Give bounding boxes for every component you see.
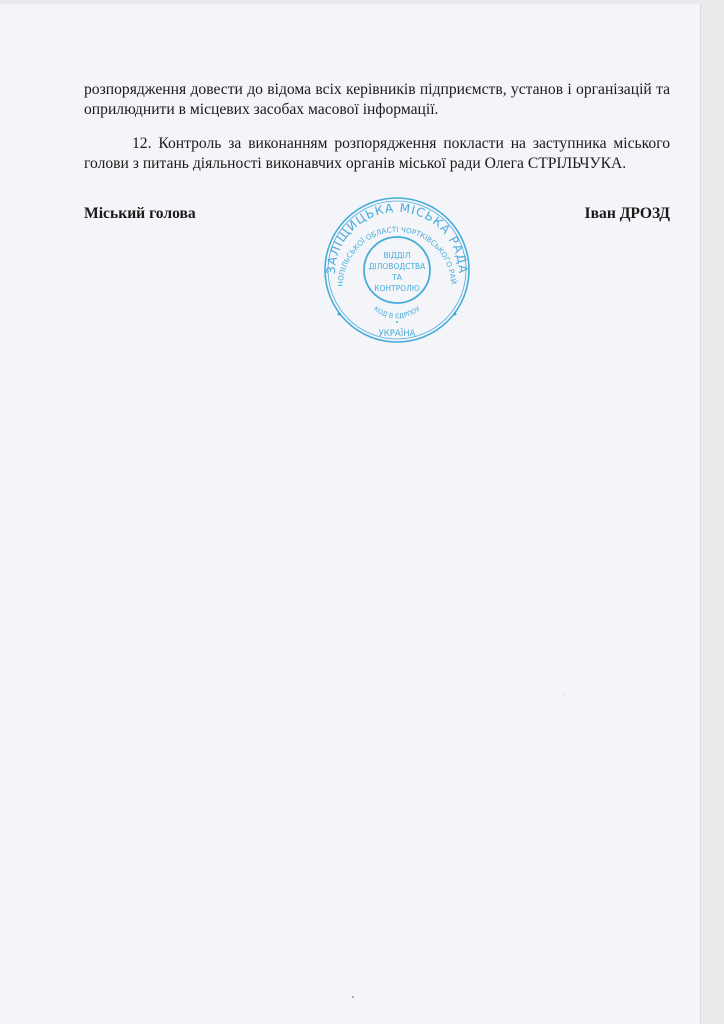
svg-text:КОД В ЄДРПОУ: КОД В ЄДРПОУ: [372, 305, 422, 320]
signatory-name: Іван ДРОЗД: [585, 205, 670, 223]
signatory-position: Міський голова: [84, 205, 196, 223]
stamp-bottom-text: УКРАЇНА: [379, 328, 416, 339]
document-page: розпорядження довести до відома всіх кер…: [0, 4, 700, 1024]
stamp-center-line-4: КОНТРОЛЮ: [374, 284, 420, 293]
scan-speck: [563, 694, 564, 695]
stamp-center-line-1: ВІДДІЛ: [384, 251, 411, 260]
stamp-center-line-3: ТА: [391, 273, 403, 282]
stamp-code-text: КОД В ЄДРПОУ: [372, 305, 422, 320]
official-stamp: ЗАЛІЩИЦЬКА МІСЬКА РАДА ТЕРНОПІЛЬСЬКОЇ ОБ…: [313, 194, 481, 344]
scan-speck: [352, 996, 354, 998]
stamp-seal-icon: ЗАЛІЩИЦЬКА МІСЬКА РАДА ТЕРНОПІЛЬСЬКОЇ ОБ…: [313, 194, 481, 344]
stamp-center-line-2: ДІЛОВОДСТВА: [369, 262, 426, 271]
paragraph-continuation: розпорядження довести до відома всіх кер…: [84, 80, 670, 119]
paragraph-12: 12. Контроль за виконанням розпорядження…: [84, 134, 670, 173]
